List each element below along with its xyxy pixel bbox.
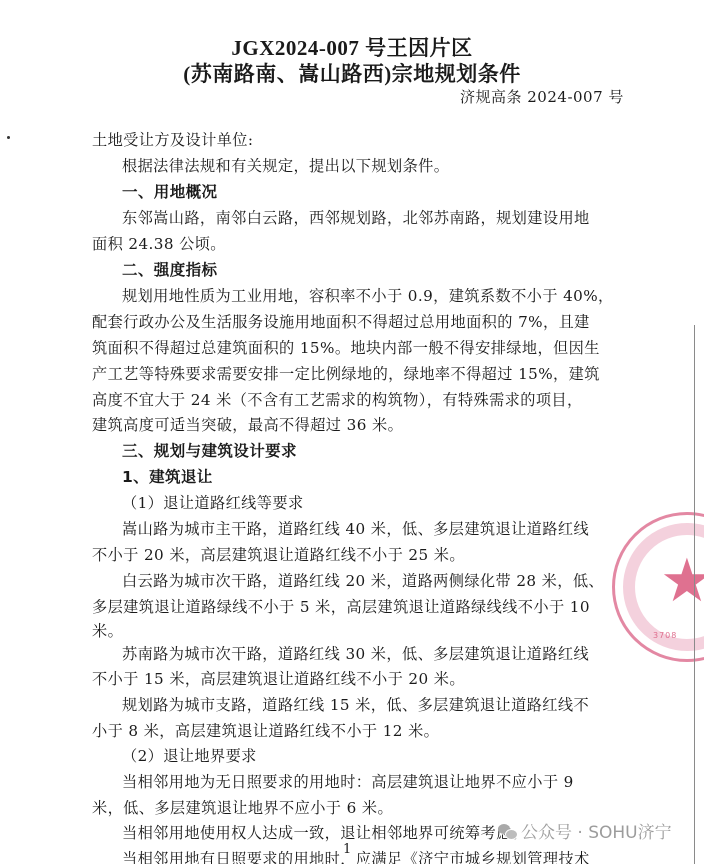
- paragraph-line: 苏南路为城市次干路，道路红线 30 米，低、多层建筑退让道路红线: [122, 641, 589, 667]
- section-heading-planning-design: 三、规划与建筑设计要求: [122, 438, 297, 464]
- watermark: 公众号 · SOHU济宁: [498, 818, 672, 843]
- paragraph-line: 当相邻用地有日照要求的用地时，应满足《济宁市城乡规划管理技术: [122, 846, 590, 864]
- official-seal: ★ 3708: [612, 512, 704, 662]
- page-edge-line: [694, 325, 695, 864]
- paragraph-line: 米。: [92, 618, 123, 644]
- paragraph-line: 配套行政办公及生活服务设施用地面积不得超过总用地面积的 7%，且建: [92, 309, 590, 335]
- section-heading-intensity: 二、强度指标: [122, 257, 217, 283]
- paragraph-line: 筑面积不得超过总建筑面积的 15%。地块内部一般不得安排绿地，但因生: [92, 335, 600, 361]
- wechat-icon: [498, 823, 516, 839]
- intro-paragraph: 根据法律法规和有关规定，提出以下规划条件。: [122, 153, 449, 179]
- paragraph-line: 小于 8 米，高层建筑退让道路红线不小于 12 米。: [92, 718, 439, 744]
- paragraph-line: 多层建筑退让道路绿线不小于 5 米，高层建筑退让道路绿线线不小于 10: [92, 594, 590, 620]
- paragraph-line: 产工艺等特殊要求需要安排一定比例绿地的，绿地率不得超过 15%，建筑: [92, 361, 600, 387]
- paragraph-line: 米，低、多层建筑退让地界不应小于 6 米。: [92, 795, 393, 821]
- scan-mark: [7, 136, 10, 139]
- subsection-heading-road-redline: （1）退让道路红线等要求: [122, 490, 304, 516]
- paragraph-line: 东邻嵩山路，南邻白云路，西邻规划路，北邻苏南路，规划建设用地: [122, 205, 590, 231]
- addressee: 土地受让方及设计单位:: [92, 127, 253, 153]
- document-title-line1: JGX2024-007 号王因片区: [0, 35, 704, 61]
- paragraph-line: 规划用地性质为工业用地，容积率不小于 0.9，建筑系数不小于 40%，: [122, 283, 614, 309]
- paragraph-line: 建筑高度可适当突破，最高不得超过 36 米。: [92, 412, 403, 438]
- paragraph-line: 不小于 20 米，高层建筑退让道路红线不小于 25 米。: [92, 542, 465, 568]
- paragraph-line: 当相邻用地为无日照要求的用地时：高层建筑退让地界不应小于 9: [122, 769, 574, 795]
- document-number: 济规高条 2024-007 号: [460, 86, 624, 108]
- paragraph-line: 面积 24.38 公顷。: [92, 231, 226, 257]
- star-icon: ★: [660, 551, 704, 611]
- section-heading-land-overview: 一、用地概况: [122, 179, 217, 205]
- document-title-line2: (苏南路南、嵩山路西)宗地规划条件: [0, 61, 704, 87]
- paragraph-line: 规划路为城市支路，道路红线 15 米，低、多层建筑退让道路红线不: [122, 692, 589, 718]
- paragraph-line: 不小于 15 米，高层建筑退让道路红线不小于 20 米。: [92, 666, 465, 692]
- paragraph-line: 当相邻用地使用权人达成一致，退让相邻地界可统筹考虑。: [122, 820, 527, 846]
- paragraph-line: 白云路为城市次干路，道路红线 20 米，道路两侧绿化带 28 米，低、: [122, 568, 604, 594]
- page-number: 1: [343, 842, 351, 857]
- subsection-heading-setback: 1、建筑退让: [122, 464, 213, 490]
- document-page: JGX2024-007 号王因片区 (苏南路南、嵩山路西)宗地规划条件 济规高条…: [0, 0, 704, 864]
- seal-code: 3708: [653, 631, 677, 640]
- paragraph-line: 嵩山路为城市主干路，道路红线 40 米，低、多层建筑退让道路红线: [122, 516, 589, 542]
- paragraph-line: 高度不宜大于 24 米（不含有工艺需求的构筑物），有特殊需求的项目，: [92, 387, 583, 413]
- watermark-text: 公众号 · SOHU济宁: [521, 818, 672, 843]
- subsection-heading-boundary: （2）退让地界要求: [122, 743, 257, 769]
